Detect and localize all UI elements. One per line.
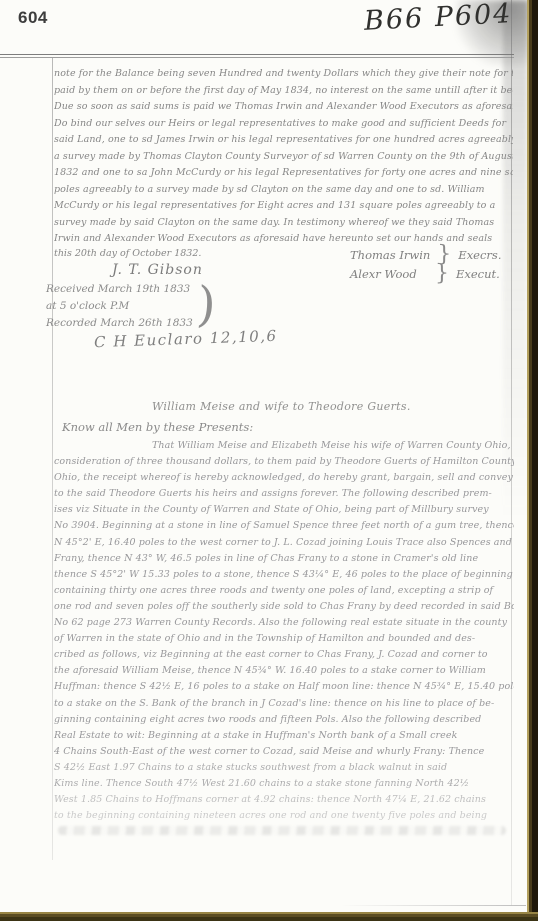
- faded-illegible-line: [58, 826, 506, 835]
- deed2-heading: William Meise and wife to Theodore Guert…: [152, 400, 411, 413]
- signature-name: Thomas Irwin: [350, 248, 430, 262]
- handwritten-line: survey made by said Clayton on the same …: [54, 215, 513, 232]
- handwritten-line: West 1.85 Chains to Hoffmans corner at 4…: [54, 792, 514, 808]
- header-rule-bottom: [0, 57, 514, 58]
- handwritten-line: Due so soon as said sums is paid we Thom…: [54, 99, 513, 116]
- handwritten-line: to a stake on the S. Bank of the branch …: [54, 696, 514, 712]
- deed1-text-block: note for the Balance being seven Hundred…: [54, 66, 513, 249]
- handwritten-line: of Warren in the state of Ohio and in th…: [54, 631, 514, 647]
- handwritten-line: paid by them on or before the first day …: [54, 83, 513, 100]
- handwritten-line: one rod and seven poles off the southerl…: [54, 599, 514, 615]
- faint-bottom-rule: [341, 905, 526, 906]
- book-binding-edge-right: [527, 0, 538, 921]
- handwritten-line: to the said Theodore Guerts his heirs an…: [54, 486, 514, 502]
- recorded-line: Recorded March 26th 1833: [46, 315, 193, 332]
- handwritten-line: poles agreeably to a survey made by sd C…: [54, 182, 513, 199]
- handwritten-line: ises viz Situate in the County of Warren…: [54, 502, 514, 518]
- handwritten-line: a survey made by Thomas Clayton County S…: [54, 149, 513, 166]
- handwritten-line: note for the Balance being seven Hundred…: [54, 66, 513, 83]
- handwritten-line: Real Estate to wit: Beginning at a stake…: [54, 728, 514, 744]
- header-rule-top: [0, 54, 514, 55]
- deed2-salutation: Know all Men by these Presents:: [62, 420, 253, 434]
- handwritten-line: the aforesaid William Meise, thence N 45…: [54, 663, 514, 679]
- handwritten-line: thence S 45°2' W 15.33 poles to a stone,…: [54, 567, 514, 583]
- signature-name: Alexr Wood: [350, 267, 428, 281]
- left-margin-line: [52, 58, 53, 860]
- handwritten-line: 1832 and one to sa John McCurdy or his l…: [54, 165, 513, 182]
- handwritten-line: ginning containing eight acres two roods…: [54, 712, 514, 728]
- received-line: Received March 19th 1833: [46, 281, 193, 298]
- page-number: 604: [18, 8, 48, 28]
- deed2-text-block: That William Meise and Elizabeth Meise h…: [54, 438, 514, 830]
- signature-row-alex-wood: Alexr Wood } Execut.: [350, 261, 500, 286]
- signature-title: Execut.: [456, 267, 500, 281]
- handwritten-line: to the beginning containing nineteen acr…: [54, 808, 514, 824]
- handwritten-line: N 45°2' E, 16.40 poles to the west corne…: [54, 535, 514, 551]
- handwritten-line: consideration of three thousand dollars,…: [54, 454, 514, 470]
- handwritten-line: said Land, one to sd James Irwin or his …: [54, 132, 513, 149]
- handwritten-line: Ohio, the receipt whereof is hereby ackn…: [54, 470, 514, 486]
- handwritten-line: Kims line. Thence South 47½ West 21.60 c…: [54, 776, 514, 792]
- handwritten-line: S 42½ East 1.97 Chains to a stake stucks…: [54, 760, 514, 776]
- brace-glyph: }: [435, 261, 449, 286]
- handwritten-line: 4 Chains South-East of the west corner t…: [54, 744, 514, 760]
- time-line: at 5 o'clock P.M: [46, 298, 193, 315]
- handwritten-line: No 3904. Beginning at a stone in line of…: [54, 518, 514, 534]
- handwritten-line: Huffman: thence S 42½ E, 16 poles to a s…: [54, 679, 514, 695]
- recording-brace: ): [195, 276, 218, 333]
- handwritten-line: Do bind our selves our Heirs or legal re…: [54, 116, 513, 133]
- handwritten-line: Frany, thence N 43° W, 46.5 poles in lin…: [54, 551, 514, 567]
- handwritten-line: That William Meise and Elizabeth Meise h…: [54, 438, 514, 454]
- handwritten-line: McCurdy or his legal representatives for…: [54, 198, 513, 215]
- deed1-closing-line: this 20th day of October 1832.: [54, 248, 201, 259]
- deed-book-page: 604 B66 P604 note for the Balance being …: [0, 0, 538, 921]
- handwritten-line: cribed as follows, viz Beginning at the …: [54, 647, 514, 663]
- clerk-signature: J. T. Gibson: [112, 262, 203, 278]
- signature-title: Execrs.: [458, 248, 501, 262]
- book-binding-edge-bottom: [0, 912, 538, 921]
- handwritten-line: containing thirty one acres three roods …: [54, 583, 514, 599]
- handwritten-line: No 62 page 273 Warren County Records. Al…: [54, 615, 514, 631]
- recording-annotation-block: Received March 19th 1833 at 5 o'clock P.…: [46, 281, 193, 332]
